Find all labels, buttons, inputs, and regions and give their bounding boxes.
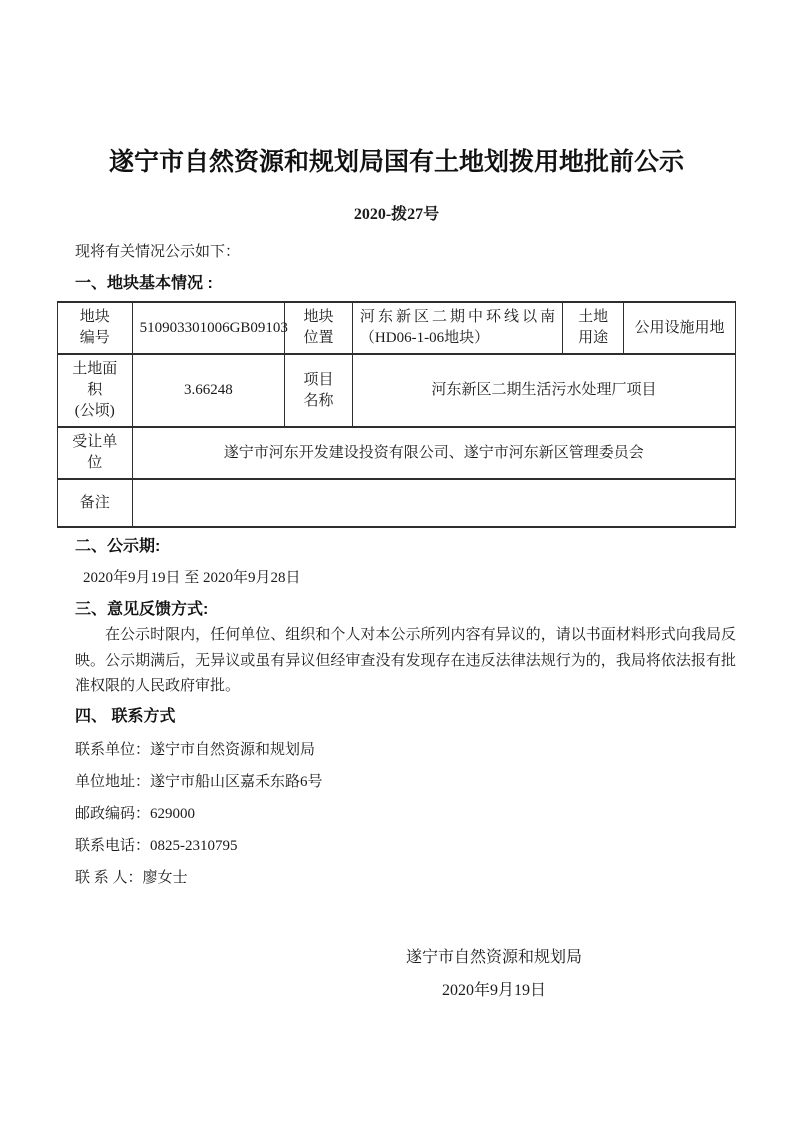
section-3-heading: 三、意见反馈方式:	[75, 599, 736, 621]
signature-block: 遂宁市自然资源和规划局 2020年9月19日	[364, 947, 624, 1001]
contact-address-line: 单位地址：遂宁市船山区嘉禾东路6号	[75, 772, 736, 793]
publicity-period: 2020年9月19日 至 2020年9月28日	[83, 568, 736, 589]
plot-number-value-cell: 510903301006GB09103	[132, 302, 285, 354]
plot-info-table: 地块 编号 510903301006GB09103 地块 位置 河东新区二期中环…	[57, 301, 736, 528]
contact-postcode-line: 邮政编码：629000	[75, 804, 736, 825]
table-row: 土地面积 (公顷) 3.66248 项目 名称 河东新区二期生活污水处理厂项目	[58, 354, 736, 427]
table-row: 备注	[58, 479, 736, 527]
document-number: 2020-拨27号	[57, 204, 736, 226]
page-title: 遂宁市自然资源和规划局国有土地划拨用地批前公示	[57, 145, 736, 180]
area-value-cell: 3.66248	[132, 354, 285, 427]
location-label-cell: 地块 位置	[285, 302, 353, 354]
project-value-cell: 河东新区二期生活污水处理厂项目	[352, 354, 735, 427]
remarks-value-cell	[132, 479, 735, 527]
intro-text: 现将有关情况公示如下：	[75, 242, 736, 263]
signature-date: 2020年9月19日	[364, 980, 624, 1001]
land-use-label-cell: 土地 用途	[563, 302, 624, 354]
grantee-value-cell: 遂宁市河东开发建设投资有限公司、遂宁市河东新区管理委员会	[132, 427, 735, 479]
document-page: 遂宁市自然资源和规划局国有土地划拨用地批前公示 2020-拨27号 现将有关情况…	[0, 0, 793, 1122]
contact-person-line: 联 系 人：廖女士	[75, 868, 736, 889]
table-row: 受让单位 遂宁市河东开发建设投资有限公司、遂宁市河东新区管理委员会	[58, 427, 736, 479]
section-2-heading: 二、公示期:	[75, 536, 736, 558]
area-label-cell: 土地面积 (公顷)	[58, 354, 133, 427]
signature-org: 遂宁市自然资源和规划局	[364, 947, 624, 968]
contact-phone-line: 联系电话：0825-2310795	[75, 836, 736, 857]
grantee-label-cell: 受让单位	[58, 427, 133, 479]
remarks-label-cell: 备注	[58, 479, 133, 527]
table-row: 地块 编号 510903301006GB09103 地块 位置 河东新区二期中环…	[58, 302, 736, 354]
plot-number-label-cell: 地块 编号	[58, 302, 133, 354]
contact-unit-line: 联系单位：遂宁市自然资源和规划局	[75, 740, 736, 761]
section-4-heading: 四、 联系方式	[75, 706, 736, 728]
location-value-cell: 河东新区二期中环线以南（HD06-1-06地块）	[352, 302, 562, 354]
feedback-paragraph: 在公示时限内，任何单位、组织和个人对本公示所列内容有异议的，请以书面材料形式向我…	[75, 623, 736, 700]
section-1-heading: 一、地块基本情况 :	[75, 273, 736, 295]
land-use-value-cell: 公用设施用地	[624, 302, 736, 354]
project-label-cell: 项目 名称	[285, 354, 353, 427]
